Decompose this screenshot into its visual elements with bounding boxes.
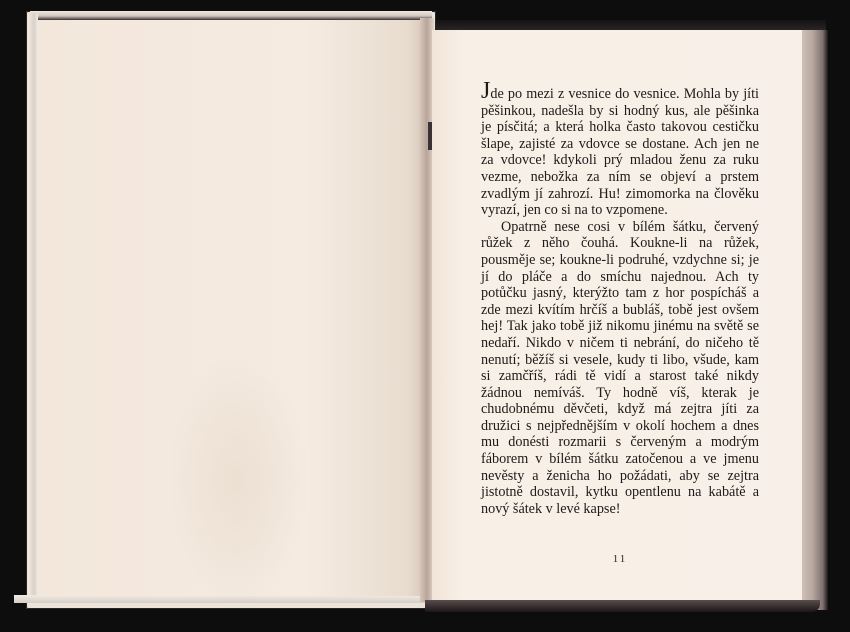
right-bottom-edge [425, 600, 820, 612]
cover-top-edge [30, 11, 432, 20]
page-number: 11 [600, 553, 640, 565]
cover-left-edge [28, 14, 38, 602]
page-text: Jde po mezi z vesnice do vesnice. Mohla … [481, 83, 759, 517]
left-page-blank [38, 20, 423, 596]
page-stain [168, 350, 308, 610]
right-page-edges [802, 30, 828, 610]
paragraph-1: Jde po mezi z vesnice do vesnice. Mohla … [481, 83, 759, 219]
drop-cap: J [481, 78, 490, 104]
open-book-photo: Jde po mezi z vesnice do vesnice. Mohla … [0, 0, 850, 632]
paragraph-2: Opatrně nese cosi v bílém šátku, červený… [481, 219, 759, 518]
